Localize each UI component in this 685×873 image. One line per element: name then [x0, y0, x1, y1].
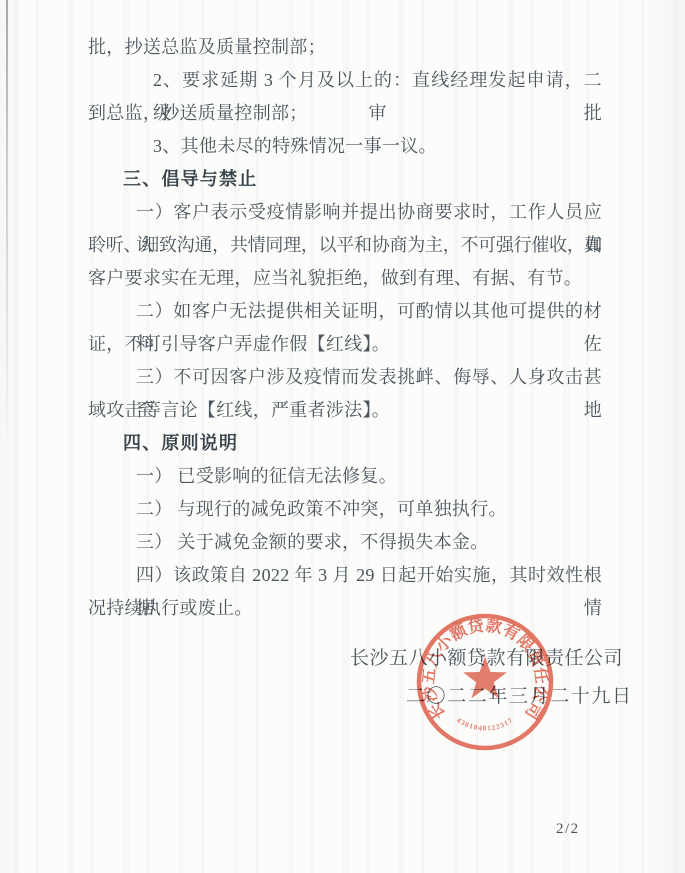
- document-line: 一） 已受影响的征信无法修复。: [88, 460, 602, 493]
- document-line: 聆听、细致沟通，共情同理，以平和协商为主，不可强行催收，如: [88, 229, 602, 262]
- document-line: 二）如客户无法提供相关证明，可酌情以其他可提供的材料佐: [88, 295, 602, 328]
- page-number: 2/2: [556, 821, 580, 838]
- svg-text:4301040122317: 4301040122317: [455, 716, 515, 732]
- scan-artifact-left-line: [6, 0, 8, 460]
- document-line: 三）不可因客户涉及疫情而发表挑衅、侮辱、人身攻击甚至地: [88, 361, 602, 394]
- document-body: 批，抄送总监及质量控制部； 2、要求延期 3 个月及以上的：直线经理发起申请，二…: [88, 31, 602, 625]
- company-seal: 长沙五八小额贷款有限责任公司 4301040122317: [407, 604, 563, 760]
- document-line: 批，抄送总监及质量控制部；: [88, 31, 602, 64]
- document-line: 三） 关于减免金额的要求，不得损失本金。: [88, 526, 602, 559]
- document-line: 客户要求实在无理，应当礼貌拒绝，做到有理、有据、有节。: [88, 262, 602, 295]
- scanned-document-page: 批，抄送总监及质量控制部； 2、要求延期 3 个月及以上的：直线经理发起申请，二…: [0, 0, 685, 873]
- document-line: 四）该政策自 2022 年 3 月 29 日起开始实施，其时效性根据情: [88, 559, 602, 592]
- document-line: 2、要求延期 3 个月及以上的：直线经理发起申请，二级审批: [88, 64, 602, 97]
- document-line: 一）客户表示受疫情影响并提出协商要求时，工作人员应认真: [88, 196, 602, 229]
- section-heading: 四、原则说明: [88, 427, 602, 460]
- document-line: 二） 与现行的减免政策不冲突，可单独执行。: [88, 493, 602, 526]
- seal-serial-number: 4301040122317: [455, 716, 515, 732]
- document-line: 3、其他未尽的特殊情况一事一议。: [88, 130, 602, 163]
- red-star-icon: [463, 657, 507, 699]
- section-heading: 三、倡导与禁止: [88, 163, 602, 196]
